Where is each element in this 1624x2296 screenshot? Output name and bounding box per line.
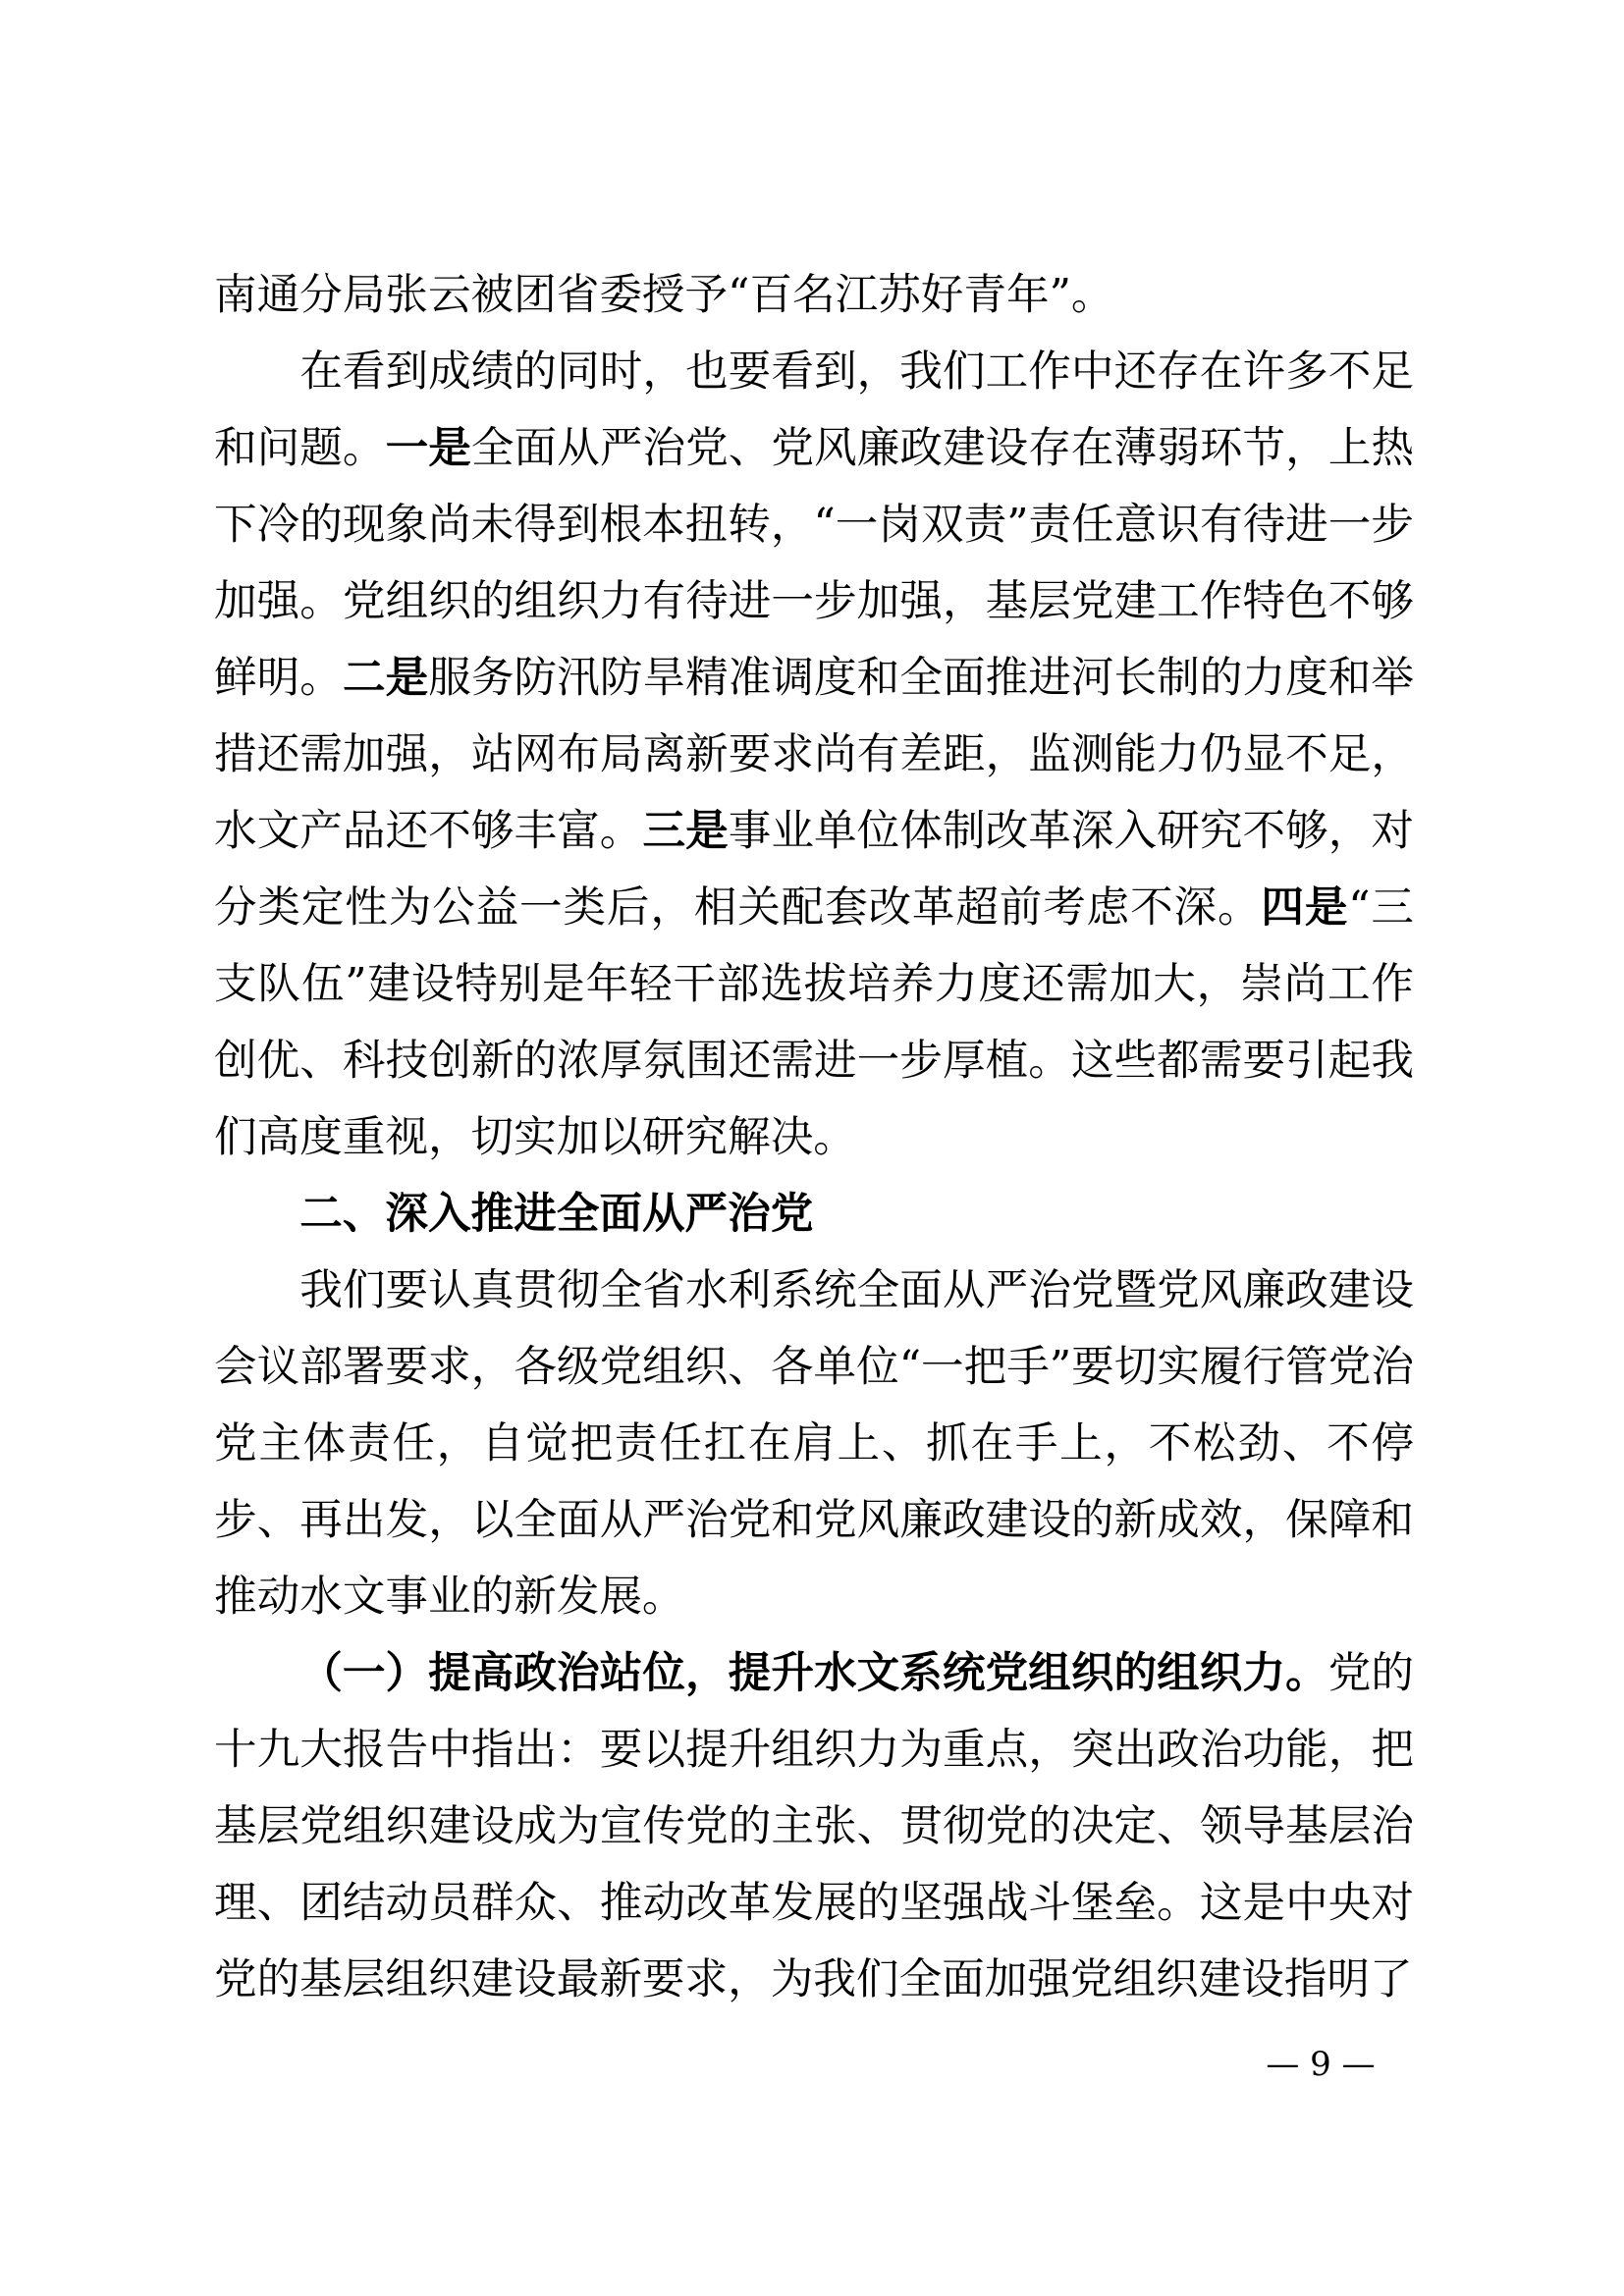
emphasis-first: 一是 [386, 424, 471, 473]
text-run: 我们要认真贯彻全省水利系统全面从严治党暨党风廉政建设会议部署要求，各级党组织、各… [214, 1266, 1414, 1622]
text-run: 党的十九大报告中指出：要以提升组织力为重点，突出政治功能，把基层党组织建设成为宣… [214, 1649, 1414, 2004]
emphasis-third: 三是 [642, 807, 728, 856]
paragraph-shortcomings: 在看到成绩的同时，也要看到，我们工作中还存在许多不足和问题。一是全面从严治党、党… [214, 334, 1414, 1176]
page-number: — 9 — [1247, 2042, 1394, 2087]
paragraph-continuation: 南通分局张云被团省委授予“百名江苏好青年”。 [214, 257, 1414, 334]
emphasis-fourth: 四是 [1261, 883, 1348, 933]
subsection-heading: （一）提高政治站位，提升水文系统党组织的组织力。 [299, 1649, 1328, 1698]
paragraph-section-intro: 我们要认真贯彻全省水利系统全面从严治党暨党风廉政建设会议部署要求，各级党组织、各… [214, 1253, 1414, 1635]
section-heading: 二、深入推进全面从严治党 [214, 1176, 1414, 1253]
emphasis-second: 二是 [343, 654, 428, 703]
document-page: 南通分局张云被团省委授予“百名江苏好青年”。 在看到成绩的同时，也要看到，我们工… [214, 257, 1414, 2018]
text-run: 南通分局张云被团省委授予“百名江苏好青年”。 [214, 271, 1113, 320]
paragraph-subsection-one: （一）提高政治站位，提升水文系统党组织的组织力。党的十九大报告中指出：要以提升组… [214, 1635, 1414, 2018]
